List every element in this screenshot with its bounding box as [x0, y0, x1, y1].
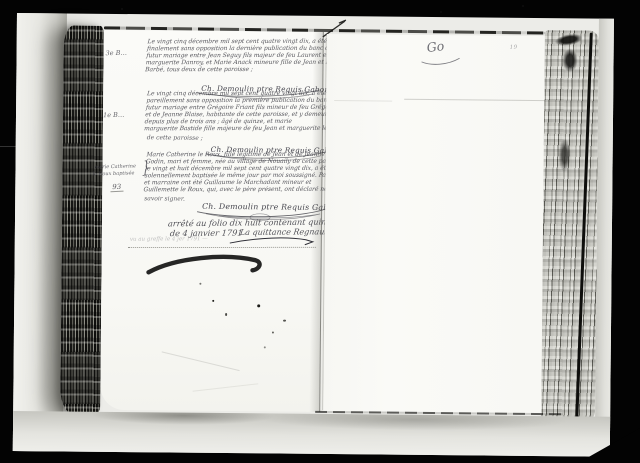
entry-text-line: Barbé, tous deux de cette paroisse ;	[145, 66, 326, 73]
margin-note-number: 93	[110, 183, 123, 193]
film-scratch-line	[0, 146, 17, 147]
edge-ink-blob	[558, 138, 570, 172]
folio-number: 19	[510, 45, 518, 51]
ink-blot	[272, 331, 274, 333]
page-crease-line	[334, 100, 392, 102]
paper-scratch	[162, 351, 240, 371]
microfilm-frame: 3e B… 1e B… marie Catherine le Roux bapt…	[0, 0, 640, 463]
register-entry-2: Le vingt cinq décembre mil sept cent qua…	[144, 91, 328, 133]
paraph-tail-flourish	[419, 53, 463, 67]
register-entry-3: Marie Catherine le Roux, fille légitime …	[143, 152, 327, 194]
page-crease-line	[404, 99, 546, 101]
left-page: 3e B… 1e B… marie Catherine le Roux bapt…	[100, 30, 323, 412]
ink-swash-stroke	[143, 250, 269, 279]
bottom-book-edge	[13, 411, 610, 457]
book-board-right	[595, 19, 614, 457]
book-board-left	[13, 13, 67, 451]
register-entry-1: Le vingt cinq décembre mil sept cent qua…	[145, 39, 328, 74]
page-fore-edge-left	[60, 25, 104, 415]
entry2-tail: de cette paroisse ;	[147, 134, 203, 142]
ink-blot	[264, 346, 266, 348]
margin-note-baptism-line1: marie Catherine	[94, 163, 136, 170]
right-page: Go 19	[323, 34, 545, 413]
ink-blot	[199, 283, 201, 285]
margin-note-ban3: 3e B…	[106, 49, 128, 58]
entry-text-line: Guillemette le Roux, qui, avec le père p…	[143, 186, 324, 193]
ink-blot	[225, 313, 227, 316]
margin-note-ban1: 1e B…	[103, 111, 125, 120]
ink-blot	[283, 320, 286, 322]
ink-blot	[257, 304, 260, 307]
entry-text-line: marguerite Bastide fille majeure de feu …	[144, 125, 325, 132]
dotted-rule	[128, 241, 316, 248]
ink-blot	[212, 300, 214, 302]
paper-scratch	[193, 383, 259, 391]
margin-note-baptism-line2: le Roux baptisée	[92, 170, 134, 177]
entry3-tail: savoir signer.	[144, 195, 185, 202]
register-photo: 3e B… 1e B… marie Catherine le Roux bapt…	[13, 13, 614, 457]
edge-ink-blob	[562, 48, 577, 72]
